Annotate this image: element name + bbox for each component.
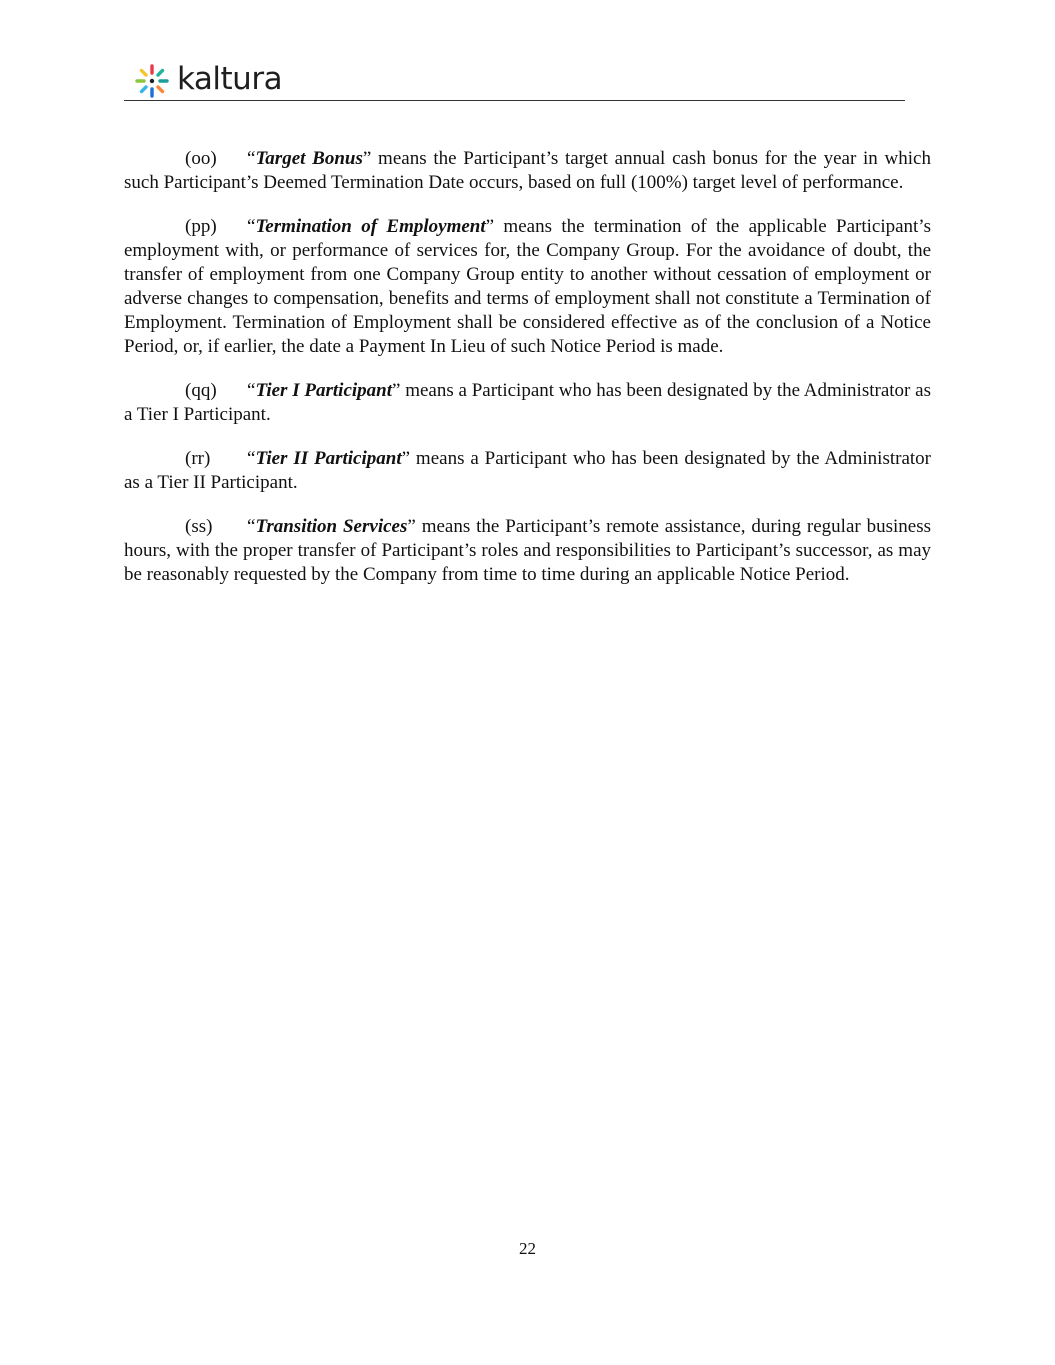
defined-term: Target Bonus bbox=[255, 148, 362, 169]
definition-label: (ss) bbox=[185, 515, 247, 539]
defined-term: Transition Services bbox=[255, 516, 407, 537]
definition-label: (pp) bbox=[185, 215, 247, 239]
defined-term: Tier II Participant bbox=[255, 448, 401, 469]
definition-qq: (qq)“Tier I Participant” means a Partici… bbox=[124, 379, 931, 427]
kaltura-starburst-icon bbox=[134, 63, 170, 99]
definition-ss: (ss)“Transition Services” means the Part… bbox=[124, 515, 931, 587]
defined-term: Termination of Employment bbox=[255, 216, 485, 237]
defined-term: Tier I Participant bbox=[255, 380, 392, 401]
definition-pp: (pp)“Termination of Employment” means th… bbox=[124, 215, 931, 359]
definition-rr: (rr)“Tier II Participant” means a Partic… bbox=[124, 447, 931, 495]
definition-label: (rr) bbox=[185, 447, 247, 471]
definition-label: (qq) bbox=[185, 379, 247, 403]
logo-wordmark: kaltura bbox=[177, 64, 282, 95]
page-number: 22 bbox=[0, 1239, 1055, 1259]
close-quote: ” bbox=[407, 516, 415, 537]
definition-label: (oo) bbox=[185, 147, 247, 171]
close-quote: ” bbox=[486, 216, 494, 237]
document-body: (oo)“Target Bonus” means the Participant… bbox=[124, 147, 931, 607]
kaltura-logo: kaltura bbox=[134, 62, 282, 100]
page-header: kaltura bbox=[124, 60, 905, 102]
close-quote: ” bbox=[402, 448, 410, 469]
definition-oo: (oo)“Target Bonus” means the Participant… bbox=[124, 147, 931, 195]
header-divider bbox=[124, 100, 905, 101]
